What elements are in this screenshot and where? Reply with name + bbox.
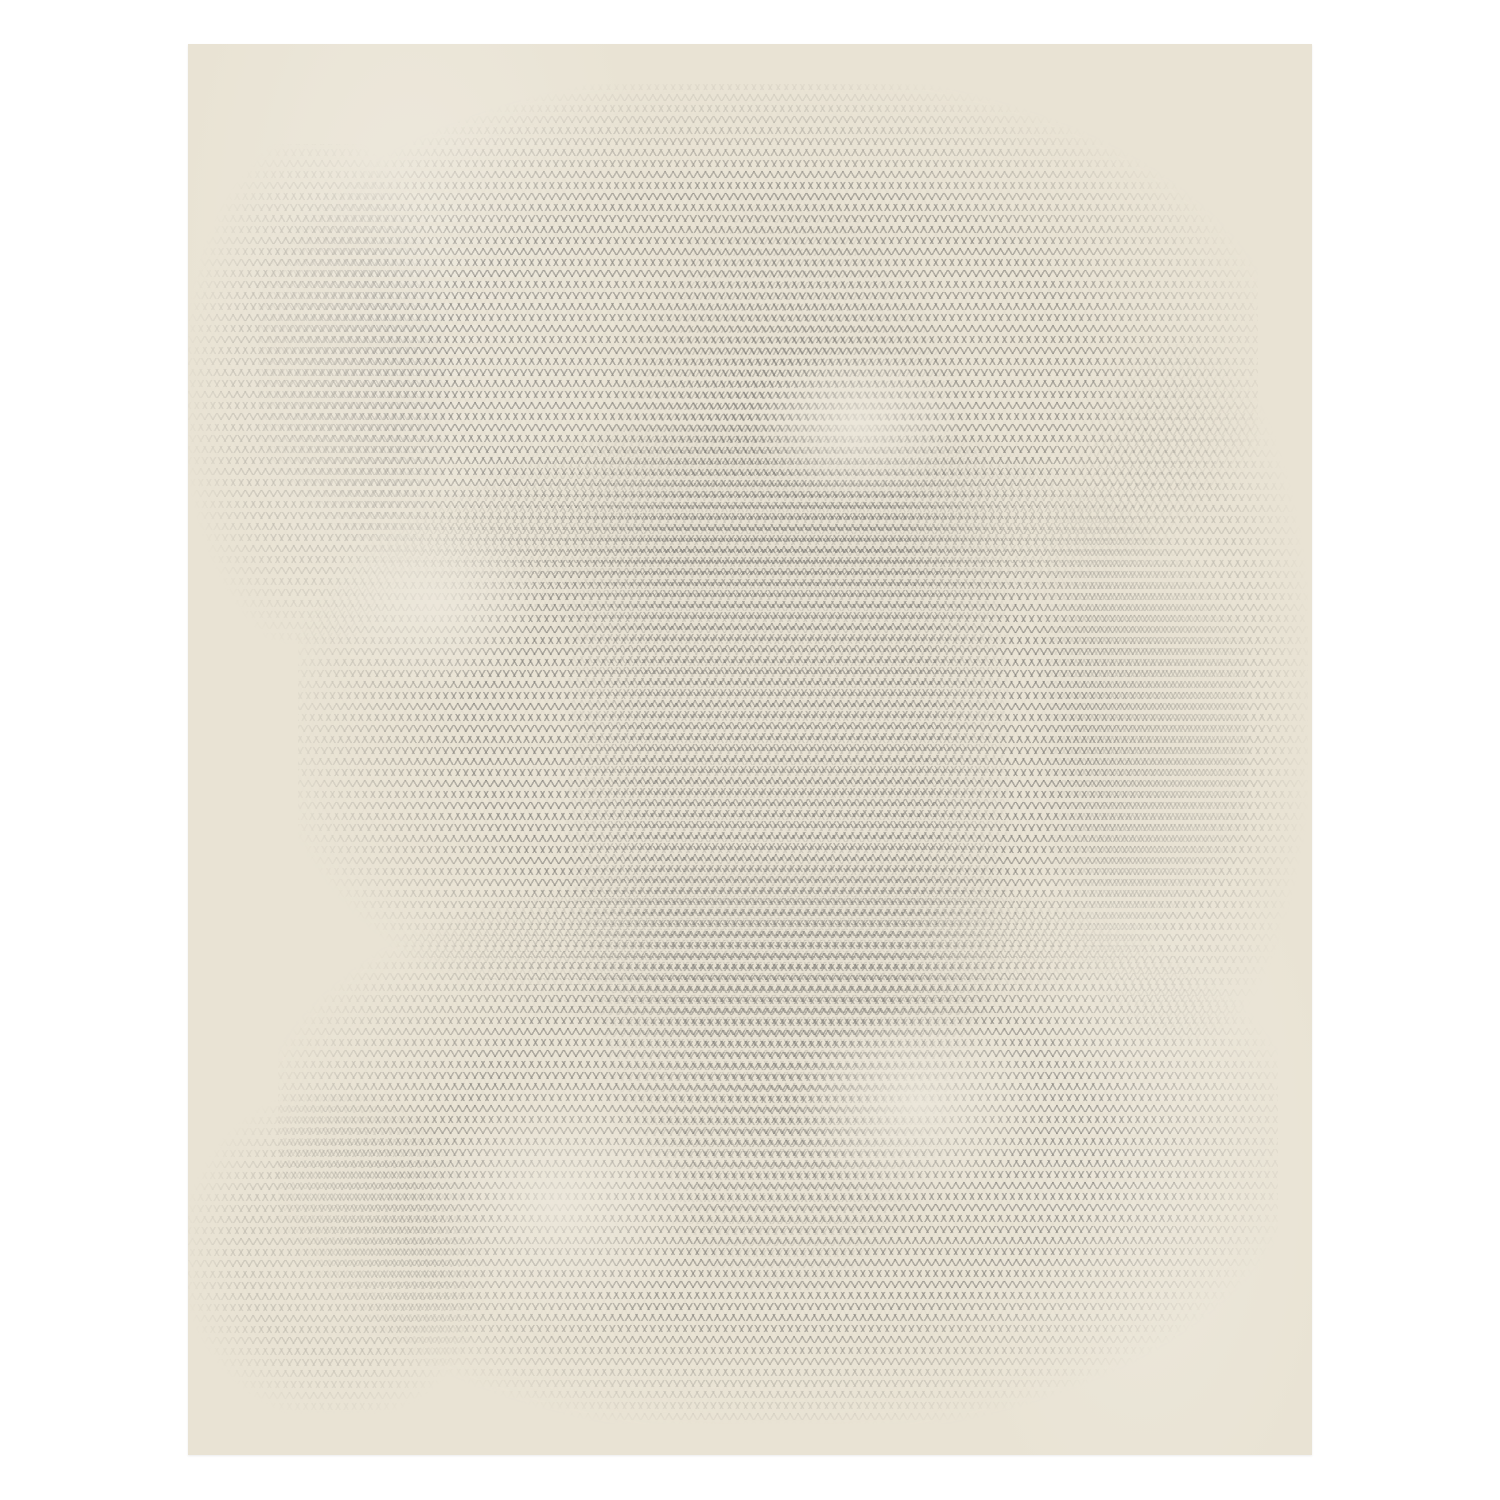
light-patch xyxy=(788,1004,1048,1204)
rug xyxy=(188,44,1312,1455)
light-patch xyxy=(318,514,548,694)
light-patch xyxy=(748,344,968,504)
light-patch xyxy=(408,1074,708,1334)
chevron-scatter-right xyxy=(1038,344,1308,1044)
